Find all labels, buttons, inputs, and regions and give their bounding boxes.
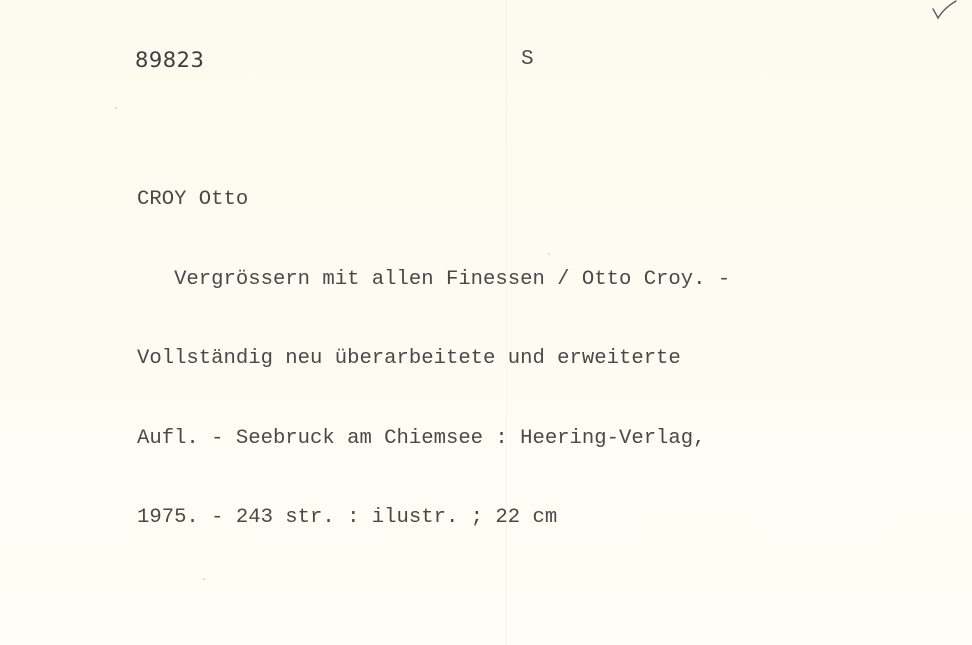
physical-description-line: 1975. - 243 str. : ilustr. ; 22 cm	[137, 505, 730, 532]
catalog-card: 89823 S CROY Otto Vergrössern mit allen …	[0, 0, 972, 645]
paper-speck	[548, 253, 550, 255]
edition-line: Vollständig neu überarbeitete und erweit…	[137, 346, 730, 373]
bibliographic-entry: CROY Otto Vergrössern mit allen Finessen…	[137, 134, 730, 585]
paper-speck	[203, 578, 205, 580]
checkmark-icon	[930, 0, 960, 22]
paper-speck	[115, 107, 117, 109]
publication-line: Aufl. - Seebruck am Chiemsee : Heering-V…	[137, 426, 730, 453]
author-heading: CROY Otto	[137, 187, 730, 214]
call-number: 89823	[135, 48, 204, 72]
location-mark: S	[521, 48, 534, 71]
title-line: Vergrössern mit allen Finessen / Otto Cr…	[137, 267, 730, 294]
